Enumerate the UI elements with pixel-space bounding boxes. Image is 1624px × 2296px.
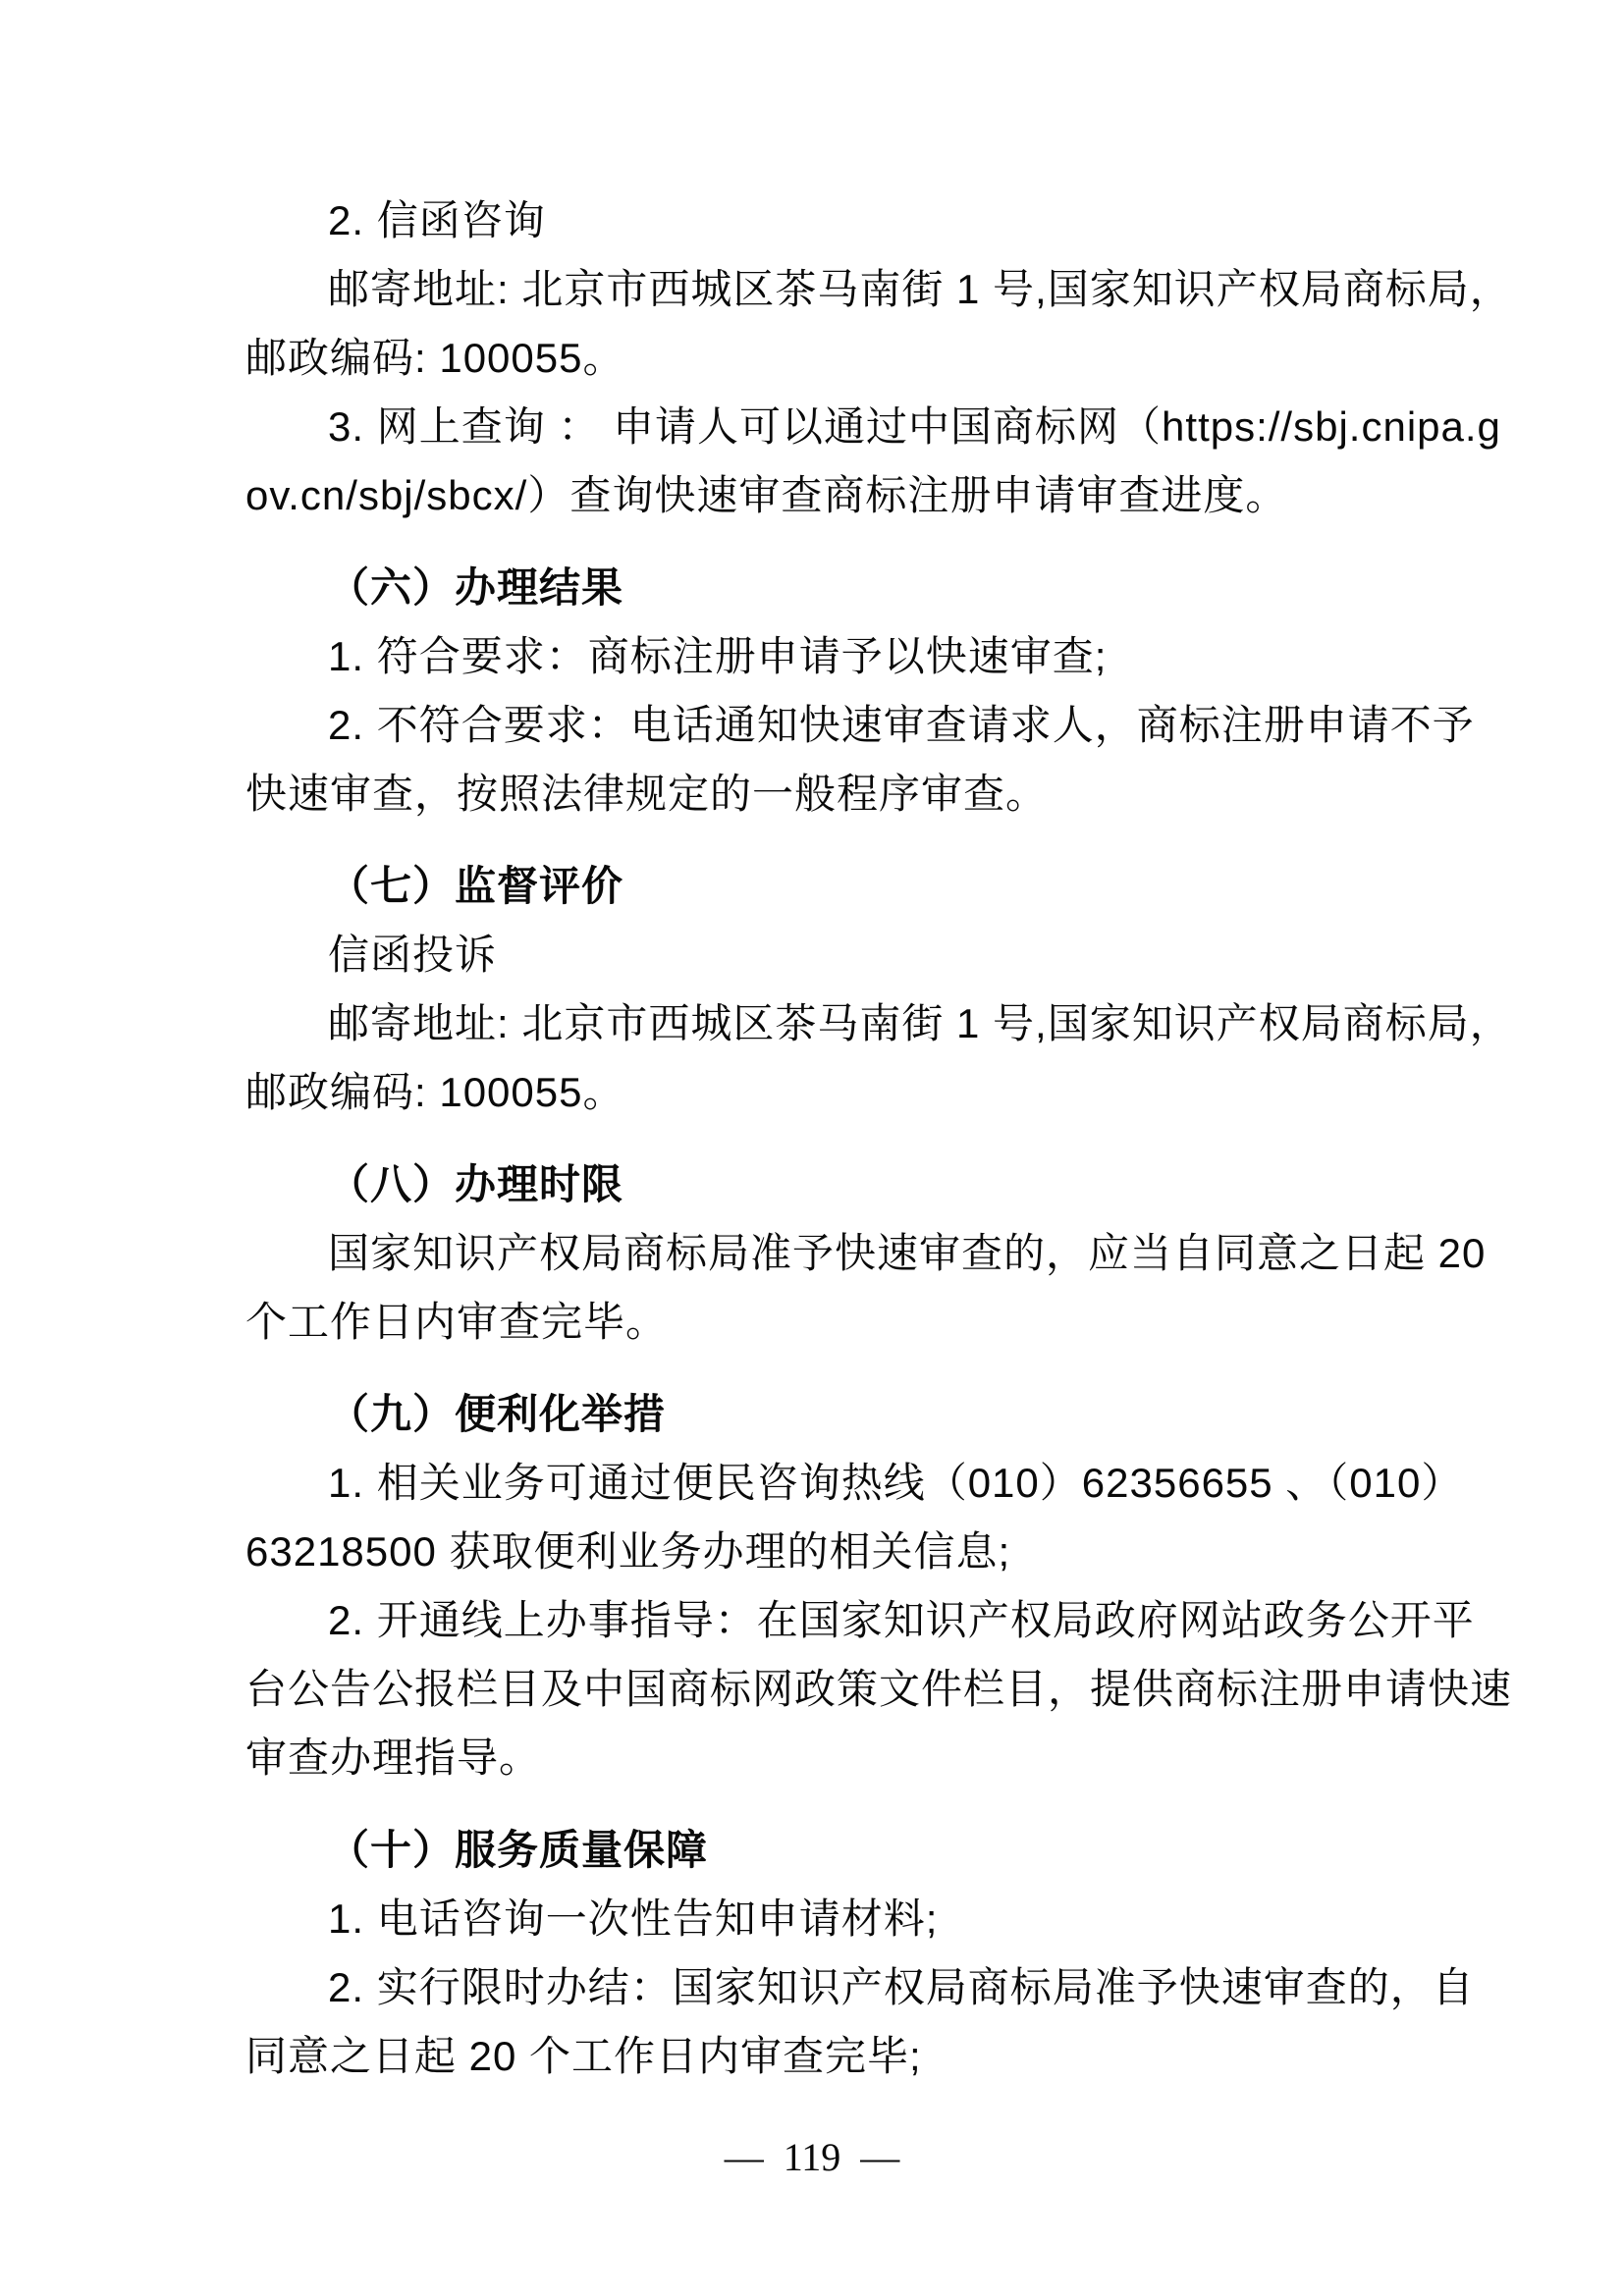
line-online-inquiry: 3. 网上查询 ： 申请人可以通过中国商标网（https://sbj.cnipa… (245, 393, 1379, 461)
line-hotline: 1. 相关业务可通过便民咨询热线（010）62356655 、（010） (245, 1449, 1379, 1518)
line-letter-inquiry: 2. 信函咨询 (245, 187, 1379, 255)
line-limited-time-cont: 同意之日起 20 个工作日内审查完毕; (245, 2022, 1379, 2091)
document-body: 2. 信函咨询 邮寄地址: 北京市西城区茶马南街 1 号,国家知识产权局商标局，… (0, 0, 1624, 2091)
line-postal-code: 邮政编码: 100055。 (245, 324, 1379, 393)
line-postal-code-2: 邮政编码: 100055。 (245, 1058, 1379, 1127)
line-online-guidance-cont-2: 审查办理指导。 (245, 1724, 1379, 1792)
line-letter-complaint: 信函投诉 (245, 921, 1379, 989)
line-mailing-address: 邮寄地址: 北京市西城区茶马南街 1 号,国家知识产权局商标局， (245, 255, 1379, 324)
document-page: 2. 信函咨询 邮寄地址: 北京市西城区茶马南街 1 号,国家知识产权局商标局，… (0, 0, 1624, 2296)
line-not-meets-cont: 快速审查，按照法律规定的一般程序审查。 (245, 760, 1379, 828)
line-time-limit-cont: 个工作日内审查完毕。 (245, 1288, 1379, 1357)
line-meets-requirements: 1. 符合要求：商标注册申请予以快速审查; (245, 622, 1379, 691)
line-hotline-cont: 63218500 获取便利业务办理的相关信息; (245, 1518, 1379, 1586)
heading-section-9-facilitation: （九）便利化举措 (245, 1380, 1379, 1449)
line-limited-time-completion: 2. 实行限时办结：国家知识产权局商标局准予快速审查的，自 (245, 1953, 1379, 2022)
heading-section-8-time-limit: （八）办理时限 (245, 1150, 1379, 1219)
line-phone-one-time-notice: 1. 电话咨询一次性告知申请材料; (245, 1885, 1379, 1953)
heading-section-6-results: （六）办理结果 (245, 554, 1379, 622)
line-online-guidance: 2. 开通线上办事指导：在国家知识产权局政府网站政务公开平 (245, 1586, 1379, 1655)
line-time-limit: 国家知识产权局商标局准予快速审查的，应当自同意之日起 20 (245, 1219, 1379, 1288)
line-online-guidance-cont-1: 台公告公报栏目及中国商标网政策文件栏目，提供商标注册申请快速 (245, 1655, 1379, 1724)
line-mailing-address-2: 邮寄地址: 北京市西城区茶马南街 1 号,国家知识产权局商标局， (245, 989, 1379, 1058)
page-number: — 119 — (0, 2134, 1624, 2181)
heading-section-7-supervision: （七）监督评价 (245, 852, 1379, 921)
line-not-meets-requirements: 2. 不符合要求：电话通知快速审查请求人，商标注册申请不予 (245, 691, 1379, 760)
line-online-inquiry-cont: ov.cn/sbj/sbcx/）查询快速审查商标注册申请审查进度。 (245, 461, 1379, 530)
heading-section-10-quality: （十）服务质量保障 (245, 1816, 1379, 1885)
